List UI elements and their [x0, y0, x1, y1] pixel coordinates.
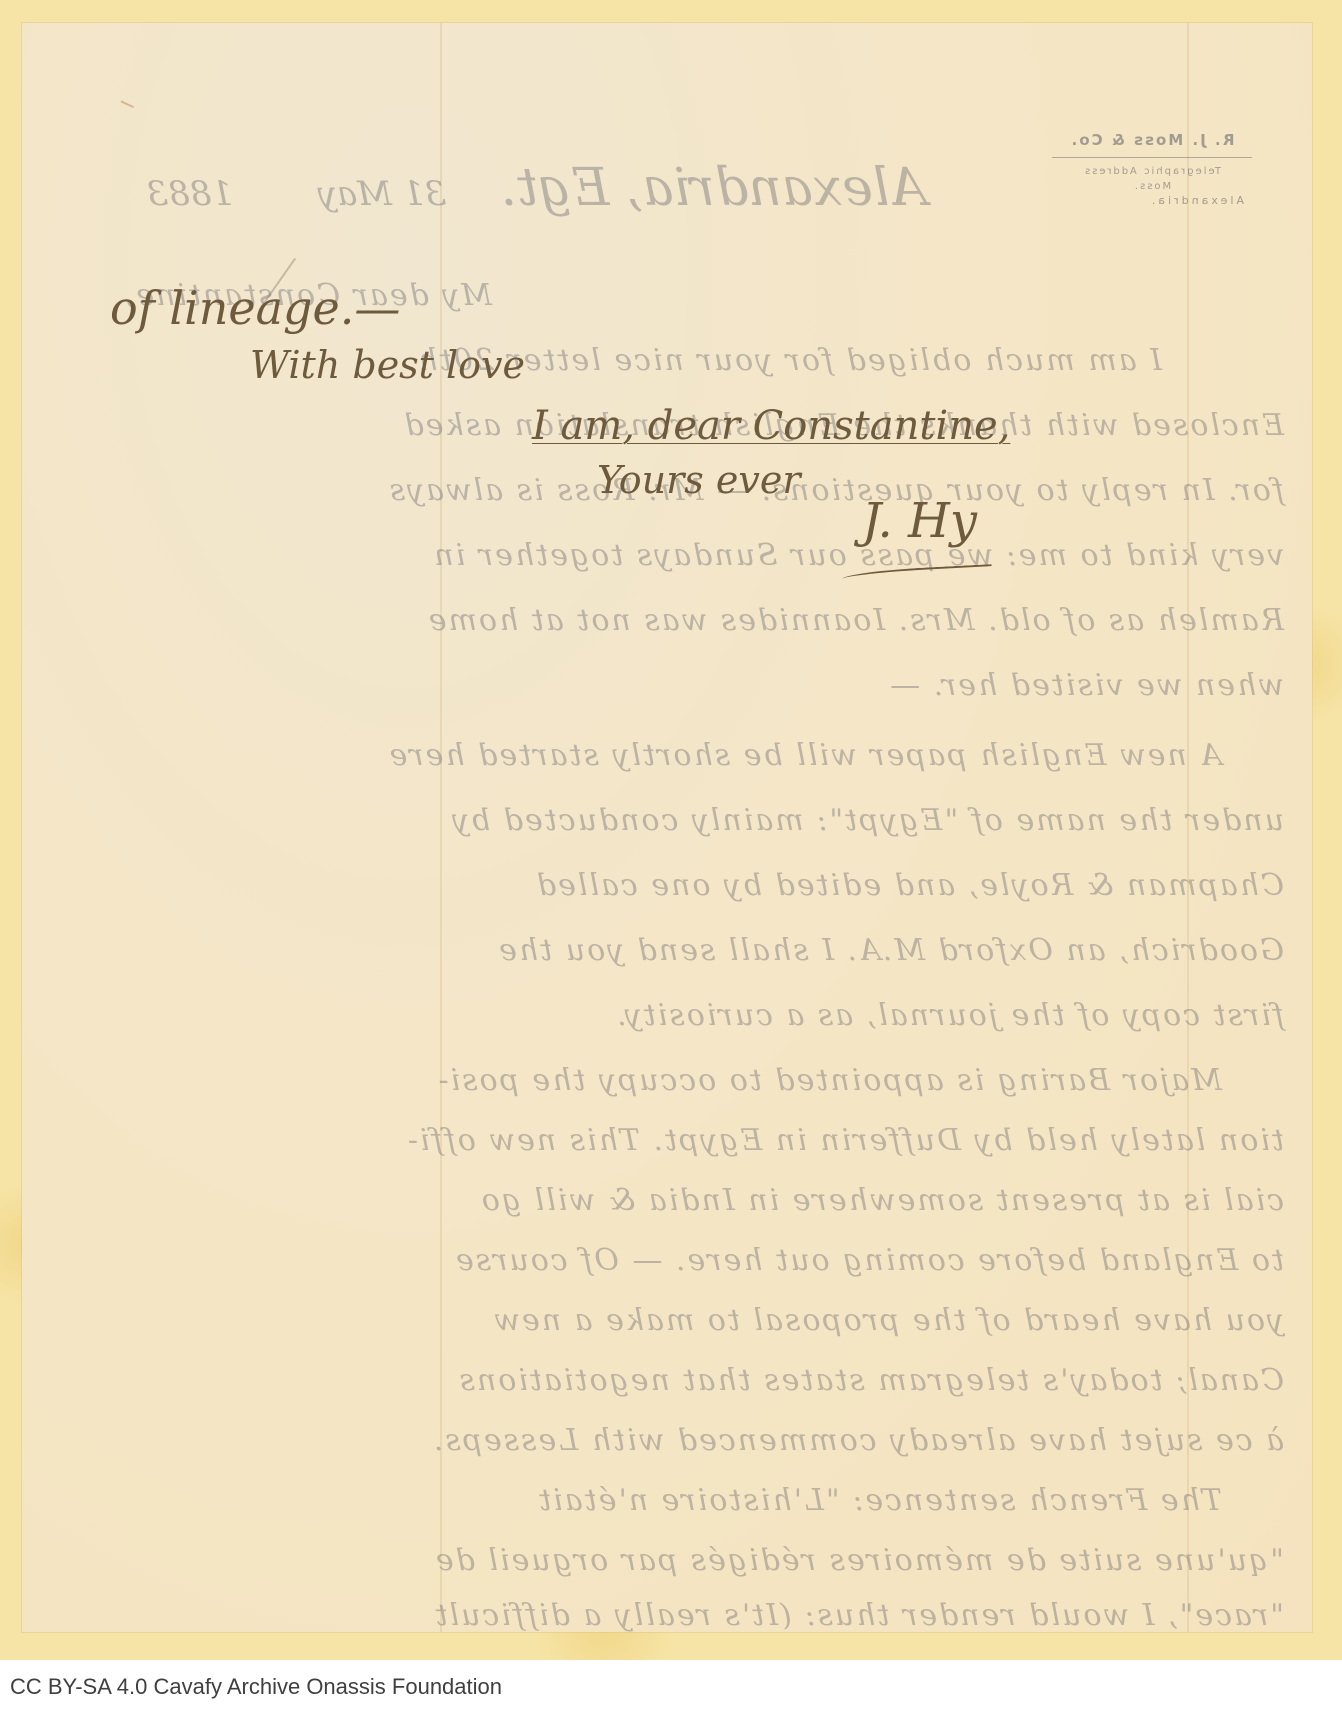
bleed-line: Major Baring is appointed to occupy the … [22, 1063, 1222, 1098]
bleed-line: you have heard of the proposal to make a… [34, 1303, 1284, 1338]
letterhead-telegraphic: Telegraphic Address [1032, 164, 1272, 179]
bleed-line: very kind to me: we pass our Sundays tog… [34, 538, 1284, 573]
closing-line-dear-constantine: I am, dear Constantine, [532, 403, 1010, 449]
archival-mount: R. J. Moss & Co. Telegraphic Address Mos… [0, 0, 1342, 1660]
dateline-year: 1883 [147, 174, 234, 214]
bleed-line: "race", I would render thus: (It's reall… [34, 1598, 1284, 1632]
bleed-line: under the name of "Egypt": mainly conduc… [34, 803, 1284, 838]
letterhead-code: Moss. [1032, 179, 1272, 194]
letterhead: R. J. Moss & Co. Telegraphic Address Mos… [1032, 131, 1272, 207]
bleed-line: à ce sujet have already commenced with L… [34, 1423, 1284, 1458]
bleed-line: Ramleh as of old. Mrs. Ioannides was not… [34, 603, 1284, 638]
closing-line-lineage: of lineage.— [110, 281, 400, 335]
dateline-day: 31 May [318, 174, 446, 214]
bleed-line: to England before coming out here. — Of … [34, 1243, 1284, 1278]
letterhead-rule [1052, 157, 1252, 158]
bleed-line: Goodrich, an Oxford M.A. I shall send yo… [34, 933, 1284, 968]
bleed-line: Chapman & Royle, and edited by one calle… [34, 868, 1284, 903]
letter-dateline: Alexandria, Egt. 31 May 1883 [37, 158, 927, 218]
bleed-line: "qu'une suite de mémoires rédigés par or… [34, 1543, 1284, 1578]
closing-line-yours-ever: Yours ever [597, 458, 801, 502]
bleed-line: cial is at present somewhere in India & … [34, 1183, 1284, 1218]
letter-page: R. J. Moss & Co. Telegraphic Address Mos… [22, 23, 1312, 1632]
closing-line-best-love: With best love [250, 343, 525, 387]
bleed-line: first copy of the journal, as a curiosit… [34, 998, 1284, 1033]
bleed-line: The French sentence: "L'histoire n'était [22, 1483, 1222, 1518]
signature: J. Hy [862, 493, 977, 549]
letterhead-city: Alexandria. [1032, 194, 1272, 207]
bleed-line: Canal; today's telegram states that nego… [34, 1363, 1284, 1398]
dateline-place: Alexandria, Egt. [501, 158, 927, 218]
bleed-line: I am much obliged for your nice letter 2… [22, 343, 1162, 378]
bleed-line: tion lately held by Dufferin in Egypt. T… [34, 1123, 1284, 1158]
reverse-side-bleed-through: R. J. Moss & Co. Telegraphic Address Mos… [22, 23, 1312, 1632]
bleed-line: when we visited her. — [34, 668, 1284, 703]
letterhead-firm: R. J. Moss & Co. [1032, 131, 1272, 149]
license-caption: CC BY-SA 4.0 Cavafy Archive Onassis Foun… [10, 1674, 502, 1700]
bleed-line: A new English paper will be shortly star… [22, 738, 1222, 773]
